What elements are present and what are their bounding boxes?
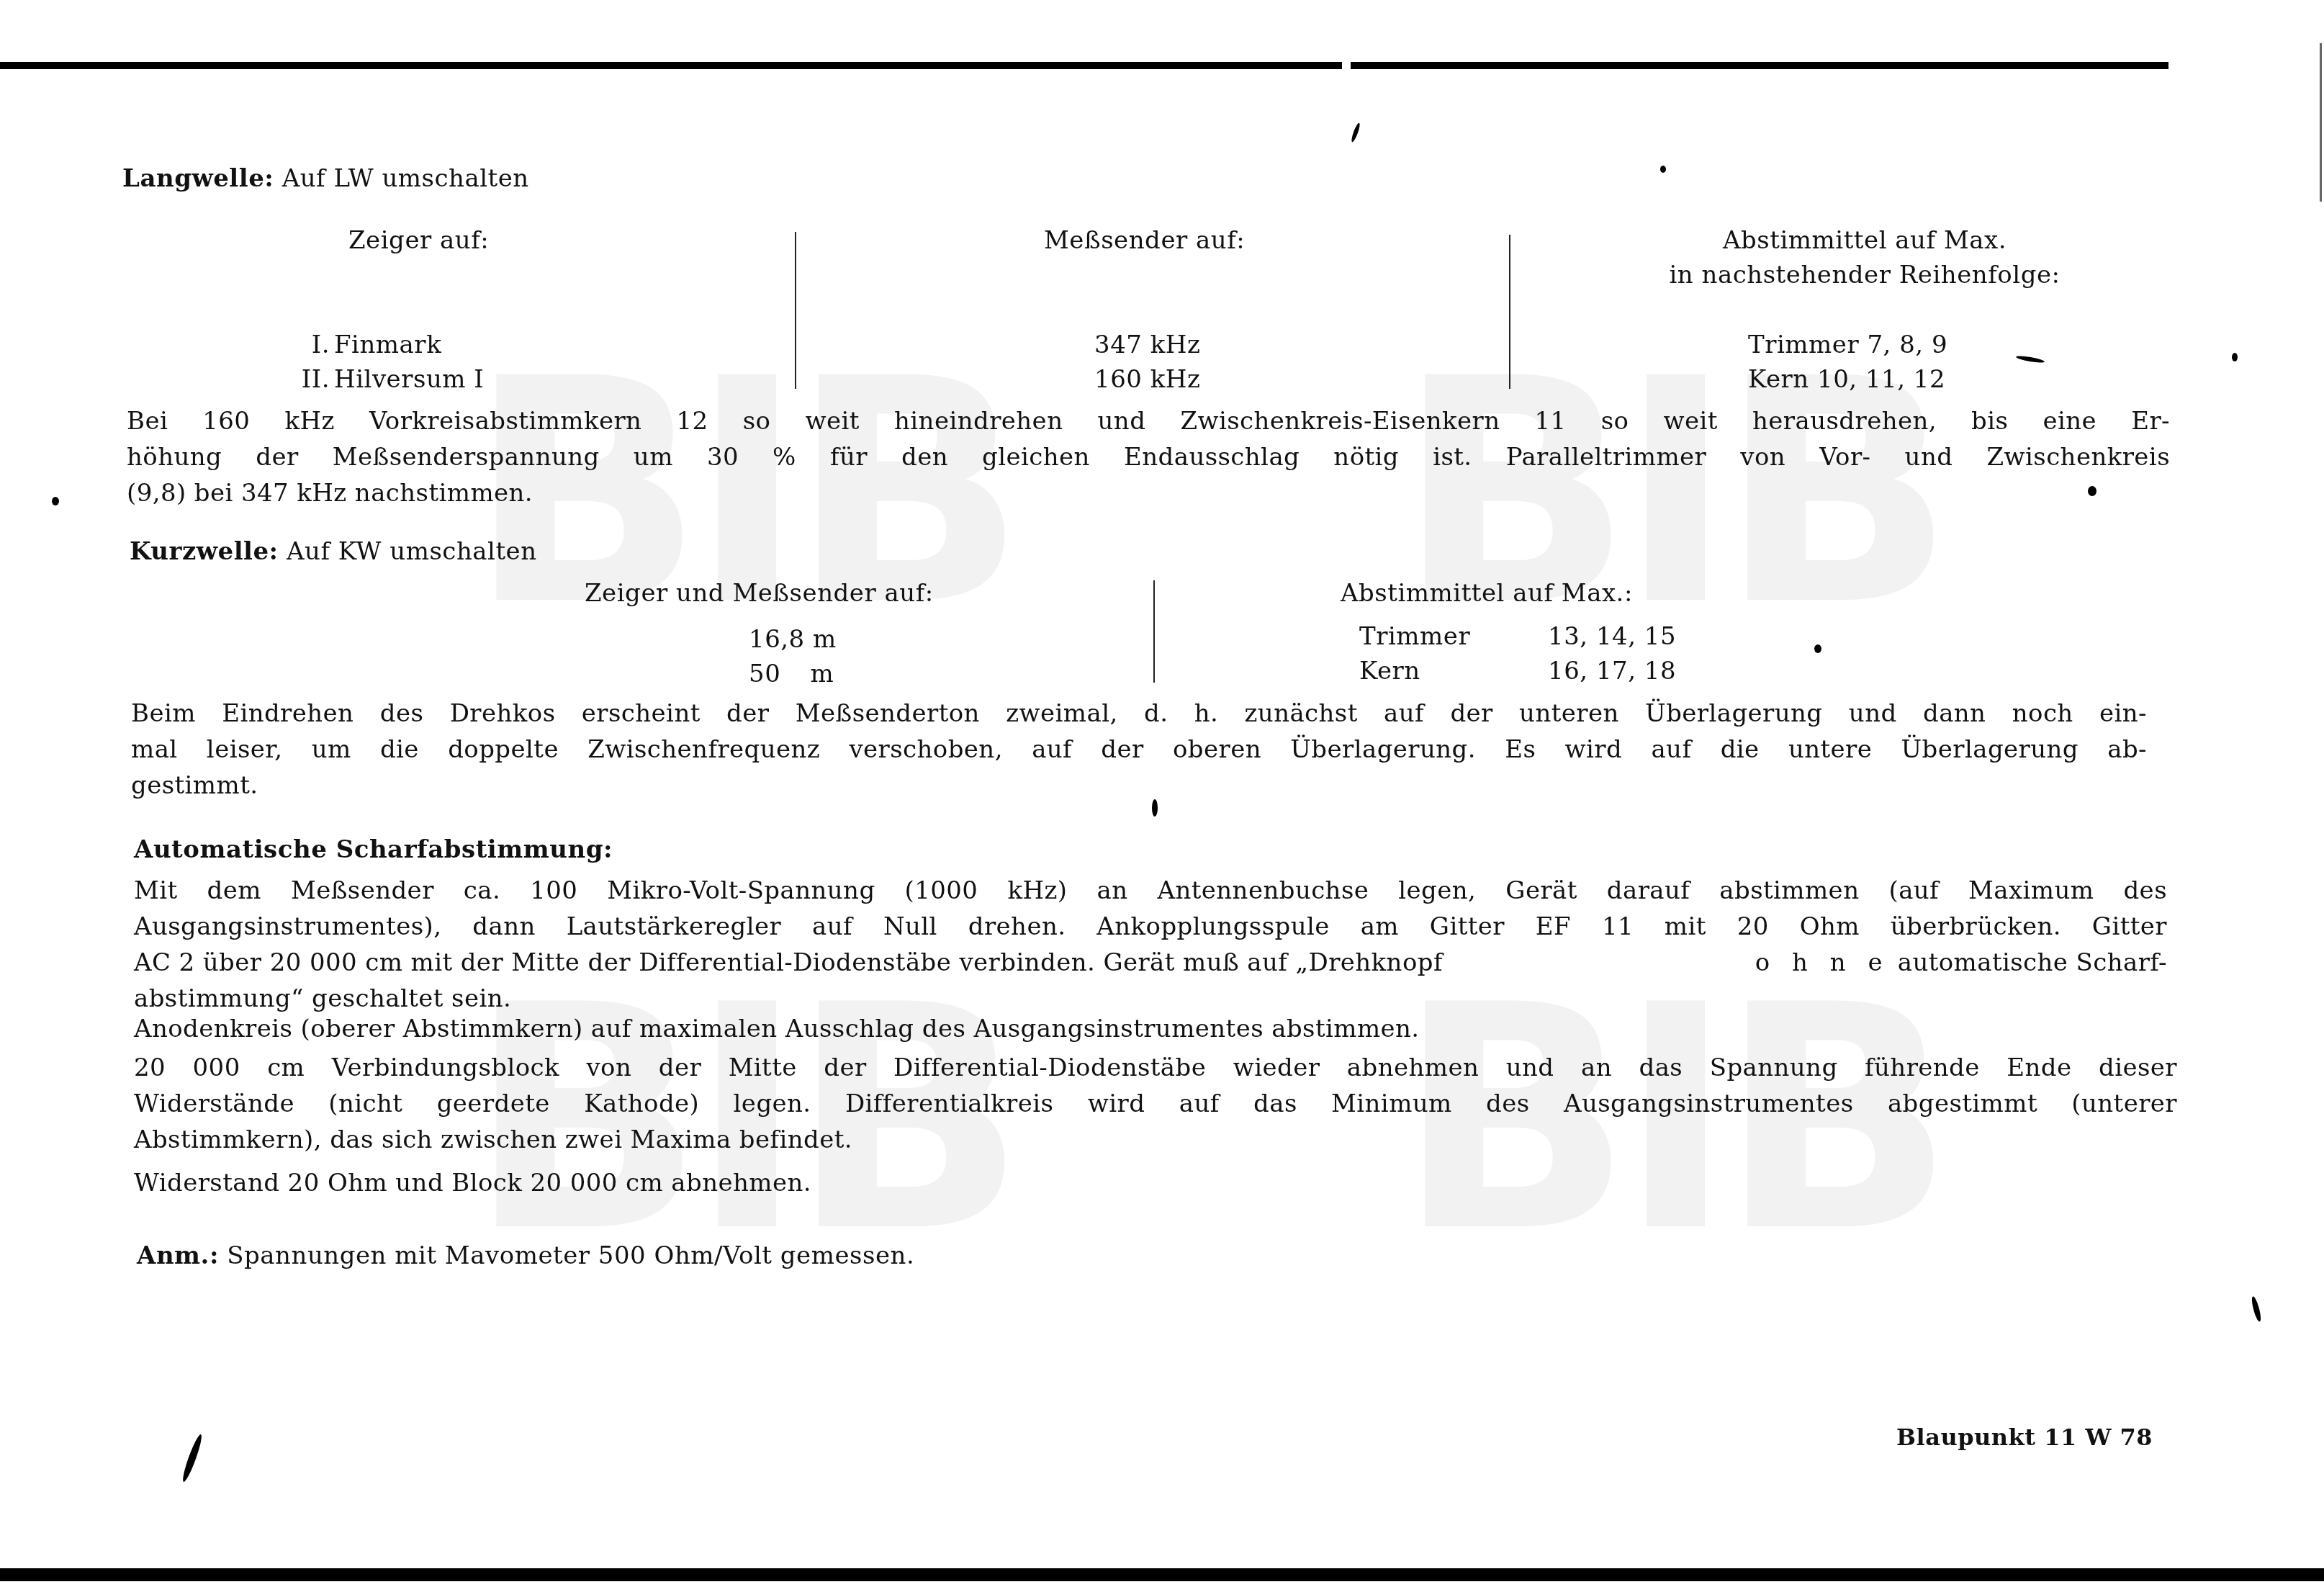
- langwelle-heading-label: Langwelle:: [122, 164, 274, 193]
- kw-col-abstimm: Abstimmittel auf Max.:: [1341, 576, 1633, 611]
- lw-row-freq: 347 kHz: [1094, 328, 1200, 362]
- scan-speck: [2232, 353, 2238, 361]
- lw-row-tuning: Trimmer 7, 8, 9: [1748, 328, 1947, 362]
- lw-row-freq: 160 kHz: [1094, 362, 1200, 397]
- kw-row-wavelength: 16,8 m: [749, 622, 837, 657]
- scan-speck: [1814, 644, 1821, 653]
- paragraph-line-tail: automatische Scharf-: [1898, 948, 2167, 977]
- kurzwelle-note: Beim Eindrehen des Drehkos erscheint der…: [131, 696, 2147, 804]
- document-page: BIB BIB BIB BIB Langwelle: Auf LW umscha…: [0, 0, 2324, 1587]
- scan-speck: [2088, 486, 2096, 496]
- paragraph-line: AC 2 über 20 000 cm mit der Mitte der Di…: [134, 945, 2167, 981]
- top-rule: [1351, 62, 2168, 69]
- paragraph-line: (9,8) bei 347 kHz nachstimmen.: [127, 475, 2170, 511]
- kw-row-element: Trimmer: [1359, 619, 1470, 654]
- note-label: Anm.:: [137, 1241, 219, 1270]
- column-divider: [1509, 235, 1510, 389]
- column-divider: [1153, 580, 1155, 683]
- scan-speck: [1660, 166, 1666, 173]
- paragraph-line: Widerstände (nicht geerdete Kathode) leg…: [134, 1086, 2177, 1122]
- lw-col-abstimm-line1: Abstimmittel auf Max.: [1584, 223, 2145, 258]
- lw-row-station: Hilversum I: [334, 362, 484, 397]
- paragraph-line: Mit dem Meßsender ca. 100 Mikro-Volt-Spa…: [134, 873, 2167, 909]
- top-rule: [0, 62, 1342, 69]
- page-edge: [2320, 43, 2322, 202]
- bottom-rule: [0, 1568, 2324, 1581]
- paragraph-line: Abstimmkern), das sich zwischen zwei Max…: [134, 1122, 2177, 1158]
- kw-row-numbers: 13, 14, 15: [1548, 619, 1676, 654]
- lw-col-abstimm-line2: in nachstehender Reihenfolge:: [1584, 258, 2145, 292]
- kurzwelle-heading-text: Auf KW umschalten: [287, 537, 537, 566]
- lw-row-num: II.: [279, 362, 330, 397]
- paragraph-line: 20 000 cm Verbindungsblock von der Mitte…: [134, 1050, 2177, 1086]
- lw-row-tuning: Kern 10, 11, 12: [1748, 362, 1945, 397]
- lw-row-num: I.: [287, 328, 330, 362]
- column-divider: [795, 232, 796, 389]
- lw-col-messsender: Meßsender auf:: [1044, 223, 1245, 258]
- note-text: Spannungen mit Mavometer 500 Ohm/Volt ge…: [227, 1241, 914, 1270]
- kw-row-element: Kern: [1359, 654, 1420, 688]
- emphasis-spaced: o h n e: [1755, 948, 1890, 977]
- kw-row-wavelength: 50 m: [749, 657, 834, 691]
- scharfabstimmung-paragraph-2: Anodenkreis (oberer Abstimmkern) auf max…: [134, 1011, 2167, 1047]
- langwelle-heading: Langwelle: Auf LW umschalten: [122, 161, 529, 196]
- measurement-note: Anm.: Spannungen mit Mavometer 500 Ohm/V…: [137, 1238, 914, 1273]
- scan-speck: [180, 1433, 204, 1483]
- paragraph-line: Beim Eindrehen des Drehkos erscheint der…: [131, 696, 2147, 732]
- scan-speck: [2016, 355, 2045, 364]
- paragraph-line: Widerstand 20 Ohm und Block 20 000 cm ab…: [134, 1165, 2167, 1201]
- scan-speck: [2250, 1296, 2262, 1323]
- scharfabstimmung-paragraph-4: Widerstand 20 Ohm und Block 20 000 cm ab…: [134, 1165, 2167, 1201]
- kw-row-numbers: 16, 17, 18: [1548, 654, 1676, 688]
- paragraph-line: gestimmt.: [131, 768, 2147, 804]
- lw-row-station: Finmark: [334, 328, 441, 362]
- scan-speck: [1350, 122, 1361, 143]
- scharfabstimmung-paragraph-3: 20 000 cm Verbindungsblock von der Mitte…: [134, 1050, 2177, 1158]
- scharfabstimmung-paragraph-1: Mit dem Meßsender ca. 100 Mikro-Volt-Spa…: [134, 873, 2167, 1017]
- paragraph-line-end: o h n e automatische Scharf-: [1755, 945, 2167, 981]
- paragraph-line: Bei 160 kHz Vorkreisabstimmkern 12 so we…: [127, 403, 2170, 439]
- paragraph-line: Anodenkreis (oberer Abstimmkern) auf max…: [134, 1011, 2167, 1047]
- scan-speck: [1152, 799, 1158, 817]
- paragraph-line: höhung der Meßsenderspannung um 30 % für…: [127, 439, 2170, 475]
- paragraph-line: mal leiser, um die doppelte Zwischenfreq…: [131, 732, 2147, 768]
- kw-col-zeiger-messsender: Zeiger und Meßsender auf:: [585, 576, 934, 611]
- footer-model: Blaupunkt 11 W 78: [1896, 1420, 2153, 1455]
- kurzwelle-heading-label: Kurzwelle:: [130, 537, 279, 566]
- langwelle-note: Bei 160 kHz Vorkreisabstimmkern 12 so we…: [127, 403, 2170, 511]
- lw-col-zeiger: Zeiger auf:: [348, 223, 489, 258]
- kurzwelle-heading: Kurzwelle: Auf KW umschalten: [130, 534, 537, 569]
- paragraph-line: Ausgangsinstrumentes), dann Lautstärkere…: [134, 909, 2167, 945]
- paragraph-line-start: AC 2 über 20 000 cm mit der Mitte der Di…: [134, 945, 1443, 981]
- scan-speck: [52, 497, 59, 505]
- langwelle-heading-text: Auf LW umschalten: [282, 164, 529, 193]
- scharfabstimmung-heading: Automatische Scharfabstimmung:: [134, 832, 613, 867]
